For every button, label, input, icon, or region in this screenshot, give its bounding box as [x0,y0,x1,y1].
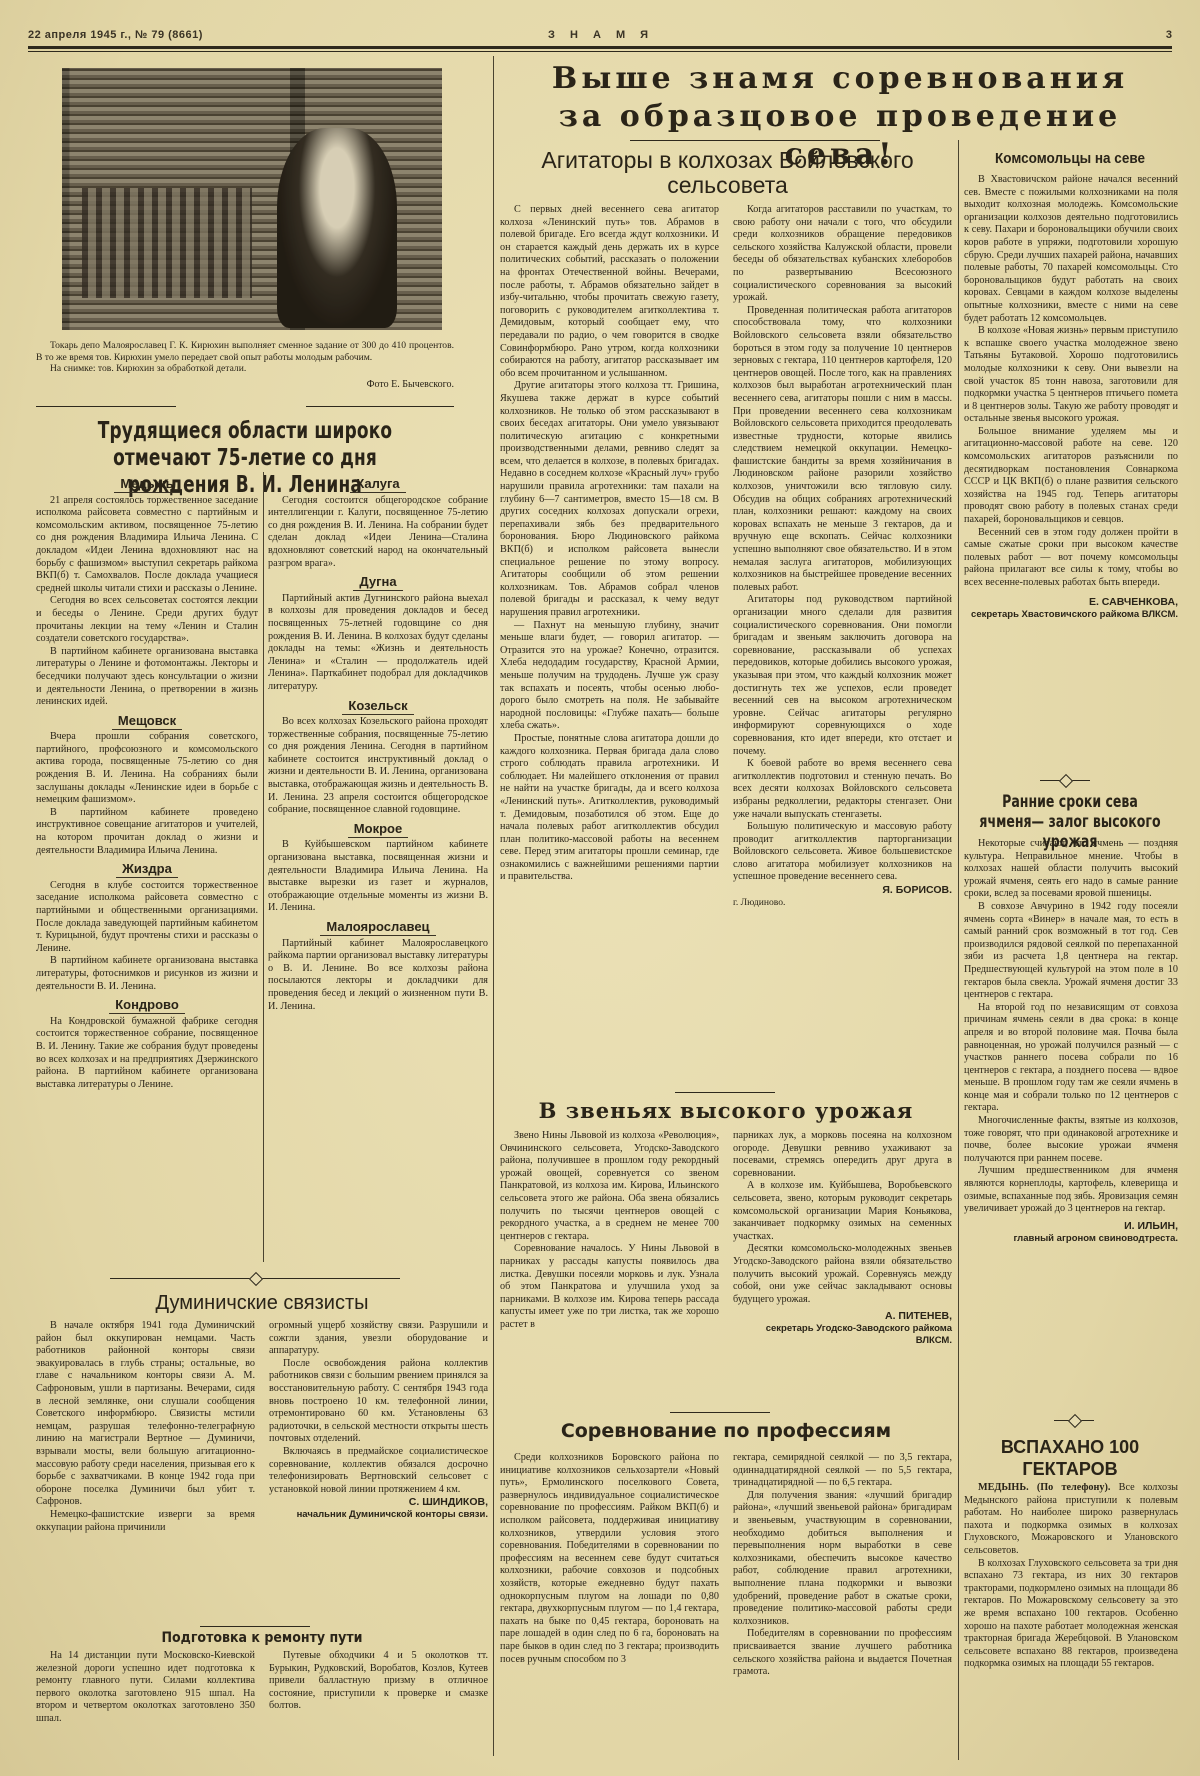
photo-caption: Токарь депо Малоярославец Г. К. Кирюхин … [36,340,454,390]
ornament-divider [1040,774,1090,788]
banner-rule [630,140,880,141]
agitatory-place: г. Людиново. [733,897,952,909]
divider [670,1412,770,1413]
photo-machinery [82,188,252,298]
agitatory-signature: Я. БОРИСОВ. [733,884,952,897]
issue-date: 22 апреля 1945 г., № 79 (8661) [28,29,203,41]
rannie-body: Некоторые считают, что ячмень — поздняя … [964,838,1178,1245]
komsomol-signature-title: секретарь Хвастовичского райкома ВЛКСМ. [964,609,1178,621]
section-heading: Малоярославец [268,921,488,934]
section-heading: Жиздра [36,863,258,876]
podgotovka-body: На 14 дистанции пути Московско-Киевской … [36,1650,488,1726]
zvenia-body: Звено Нины Львовой из колхоза «Революция… [500,1130,952,1347]
komsomol-headline: Комсомольцы на севе [973,150,1167,167]
zvenia-signature: А. ПИТЕНЕВ, [733,1310,952,1323]
dumin-signature: С. ШИНДИКОВ, [269,1496,488,1509]
photo-worker [277,128,397,328]
section-heading: Кондрово [36,999,258,1012]
sorevnovanie-headline: Соревнование по профессиям [500,1420,952,1442]
column-divider [958,140,959,1760]
podgotovka-headline: Подготовка к ремонту пути [36,1630,488,1646]
dumin-signature-title: начальник Думиничской конторы связи. [269,1509,488,1521]
vspahano-dateline: МЕДЫНЬ. (По телефону). [978,1482,1110,1493]
dumin-headline: Думиничские связисты [36,1292,488,1315]
page-header: 22 апреля 1945 г., № 79 (8661) З Н А М Я… [28,26,1172,46]
vspahano-body: МЕДЫНЬ. (По телефону). Все колхозы Медын… [964,1482,1178,1671]
ornament-divider [36,400,454,414]
section-heading: Мещовск [36,715,258,728]
section-heading: Мокрое [268,823,488,836]
section-heading: Козельск [268,700,488,713]
page-number: 3 [1166,29,1172,41]
header-rule-thin [28,51,1172,52]
agitatory-headline: Агитаторы в колхозах Войловского сельсов… [500,148,955,198]
zvenia-headline: В звеньях высокого урожая [500,1098,952,1123]
dumin-body: В начале октября 1941 года Думиничский р… [36,1320,488,1534]
section-heading: Калуга [268,478,488,491]
divider [200,1626,310,1627]
rannie-signature-title: главный агроном свиноводтреста. [964,1233,1178,1245]
lenin-column-1: Медынь 21 апреля состоялось торжественно… [36,472,258,1091]
newspaper-name: З Н А М Я [548,29,654,41]
column-divider [263,472,264,1262]
column-divider [493,56,494,1756]
newspaper-page: 22 апреля 1945 г., № 79 (8661) З Н А М Я… [0,0,1200,1776]
ornament-divider [110,1272,400,1286]
news-photo [62,68,442,330]
section-heading: Медынь [36,478,258,491]
section-heading: Дугна [268,576,488,589]
sorevnovanie-body: Среди колхозников Боровского района по и… [500,1452,952,1679]
vspahano-headline: ВСПАХАНО 100 ГЕКТАРОВ [962,1436,1178,1480]
divider [675,1092,775,1093]
ornament-divider [1054,1414,1094,1428]
agitatory-body: С первых дней весеннего сева агитатор ко… [500,204,952,909]
header-rule [28,46,1172,49]
rannie-signature: И. ИЛЬИН, [964,1220,1178,1233]
komsomol-signature: Е. САВЧЕНКОВА, [964,596,1178,609]
zvenia-signature-title: секретарь Угодско-Заводского райкома ВЛК… [733,1323,952,1347]
photo-credit: Фото Е. Бычевского. [36,379,454,391]
komsomol-body: В Хвастовичском районе начался весенний … [964,174,1178,621]
lenin-column-2: Калуга Сегодня состоится общегородское с… [268,472,488,1013]
